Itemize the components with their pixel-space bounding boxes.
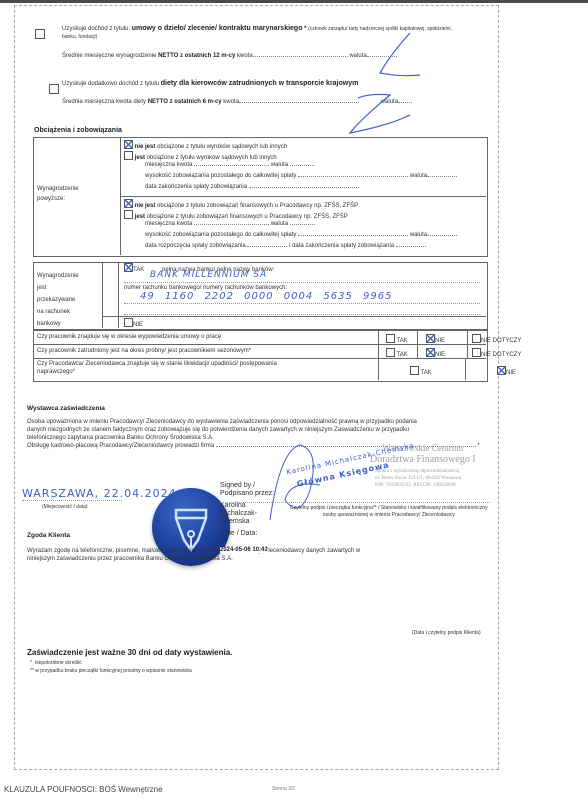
signature-caption: Czytelny podpis i pieczątka funkcyjna** … — [290, 505, 488, 519]
q2-nie[interactable]: NIE — [426, 348, 445, 358]
account-number-value: 49 1160 2202 0000 0004 5635 9965 — [140, 291, 393, 302]
court-not-checkbox[interactable] — [124, 140, 133, 149]
question-probation: Czy pracownik zatrudniony jest na okres … — [37, 348, 251, 354]
liabilities-row-label: Wynagrodzenie — [37, 186, 79, 192]
issuer-statement: Osoba upoważniona w imieniu Pracodawcy/ … — [27, 418, 417, 442]
court-is-option[interactable]: jest obciążone z tytułu wyroków sądowych… — [124, 151, 277, 161]
q1-nie[interactable]: NIE — [426, 334, 445, 344]
employer-not-checkbox[interactable] — [124, 199, 133, 208]
employer-is-option[interactable]: jest obciążone z tytułu zobowiązań finan… — [124, 210, 348, 220]
validity-note: Zaświadczenie jest ważne 30 dni od daty … — [27, 648, 232, 657]
signature-date: 2024-05-06 10:43 — [220, 547, 268, 553]
bank-no-checkbox[interactable] — [124, 318, 133, 327]
confidentiality-clause: KLAUZULA POUFNOSCI: BOŚ Wewnętrzne — [4, 785, 163, 794]
bank-yes-checkbox[interactable] — [124, 263, 133, 272]
employer-not-option[interactable]: nie jest obciążone z tytułu zobowiązań f… — [124, 199, 358, 209]
consent-text: Wyrażam zgodę na telefoniczne, pisemne, … — [27, 547, 360, 563]
page-number: Strona 2/2 — [272, 786, 295, 792]
q3-nie[interactable]: NIE — [497, 366, 516, 376]
bank-transfer-label: Wynagrodzeniejestprzekazywanena rachunek… — [37, 270, 99, 330]
q1-nie-dotyczy[interactable]: NIE DOTYCZY — [472, 334, 521, 344]
client-signature-label: (Data i czytelny podpis Klienta) — [412, 630, 481, 636]
contract-income-checkbox[interactable] — [35, 29, 45, 39]
contract-note: banku, fundacji) — [62, 34, 97, 40]
top-bar — [0, 0, 588, 3]
question-notice-period: Czy pracownik znajduje się w okresie wyp… — [37, 334, 221, 340]
bank-no-option[interactable]: NIE — [124, 318, 143, 328]
court-is-checkbox[interactable] — [124, 151, 133, 160]
bank-name-value: BANK MILLENNIUM SA — [150, 270, 267, 280]
q2-nie-dotyczy[interactable]: NIE DOTYCZY — [472, 348, 521, 358]
diet-income-checkbox[interactable] — [49, 84, 59, 94]
q2-tak[interactable]: TAK — [386, 348, 408, 358]
q1-tak[interactable]: TAK — [386, 334, 408, 344]
employer-is-checkbox[interactable] — [124, 210, 133, 219]
diet-income-text: Uzyskuje dodatkowo dochód z tytułu diety… — [62, 80, 358, 87]
consent-title: Zgoda Klienta — [27, 532, 70, 539]
court-not-option[interactable]: nie jest obciążone z tytułu wyroków sądo… — [124, 140, 287, 150]
q3-tak[interactable]: TAK — [410, 366, 432, 376]
issuer-title: Wystawca zaświadczenia — [27, 405, 105, 412]
strike-through-mark — [330, 15, 470, 145]
signature-details: Signed by /Podpisano przez: KarolinaMich… — [220, 482, 274, 538]
question-liquidation: Czy Pracodawca/ Zleceniodawca znajduje s… — [37, 360, 277, 376]
liabilities-title: Obciążenia i zobowiązania — [34, 127, 122, 134]
